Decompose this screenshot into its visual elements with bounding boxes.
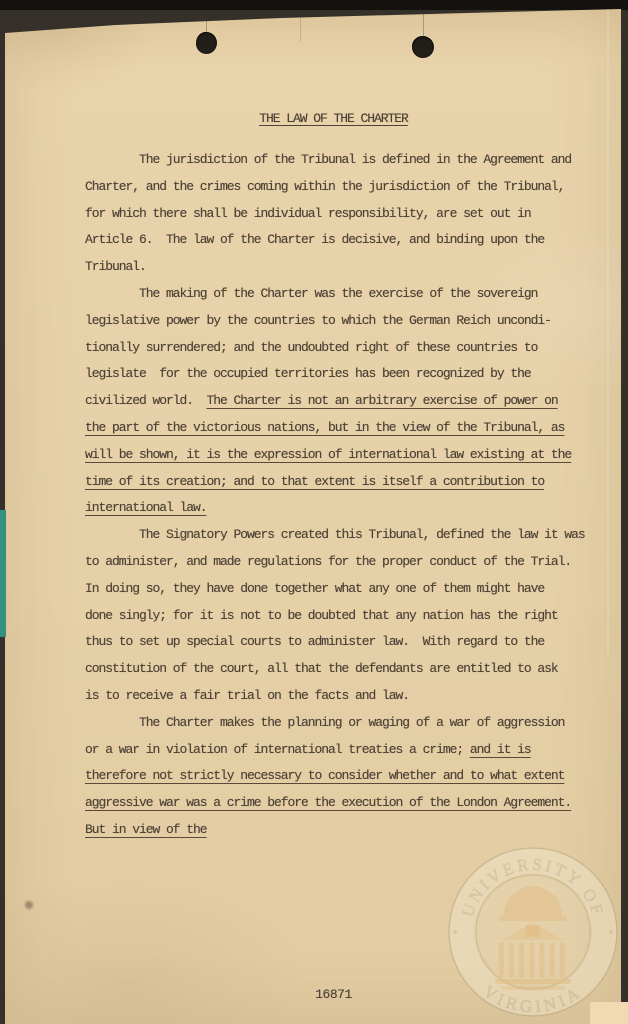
typed-line: time of its creation; and to that extent…: [85, 469, 585, 496]
typed-line: for which there shall be individual resp…: [85, 201, 585, 228]
typed-line: Tribunal.: [85, 254, 585, 281]
typed-line: In doing so, they have done together wha…: [85, 576, 585, 603]
typed-line: or a war in violation of international t…: [85, 737, 585, 764]
typed-line: is to receive a fair trial on the facts …: [85, 683, 585, 710]
ink-smudge: [25, 901, 33, 909]
document-body: The jurisdiction of the Tribunal is defi…: [85, 147, 585, 844]
typed-line: Charter, and the crimes coming within th…: [85, 174, 585, 201]
typed-line: legislative power by the countries to wh…: [85, 308, 585, 335]
scan-edge-shadow: [0, 0, 628, 10]
typed-line: The jurisdiction of the Tribunal is defi…: [85, 147, 585, 174]
document-page: THE LAW OF THE CHARTER The jurisdiction …: [5, 0, 621, 1024]
typed-line: tionally surrendered; and the undoubted …: [85, 335, 585, 362]
scratch-mark: [423, 12, 424, 37]
punch-hole-right: [411, 35, 435, 59]
document-title: THE LAW OF THE CHARTER: [85, 111, 582, 126]
paper-crease: [300, 8, 301, 42]
typed-line: done singly; for it is not to be doubted…: [85, 603, 585, 630]
typed-line: constitution of the court, all that the …: [85, 656, 585, 683]
page-number: 16871: [85, 987, 582, 1002]
typed-line: international law.: [85, 495, 585, 522]
scratch-mark: [206, 18, 207, 33]
seal-side-dot: [453, 930, 457, 934]
typed-line: The making of the Charter was the exerci…: [85, 281, 585, 308]
typed-line: to administer, and made regulations for …: [85, 549, 585, 576]
typed-line: civilized world. The Charter is not an a…: [85, 388, 585, 415]
typed-line: The Signatory Powers created this Tribun…: [85, 522, 585, 549]
typed-line: will be shown, it is the expression of i…: [85, 442, 585, 469]
typed-line: aggressive war was a crime before the ex…: [85, 790, 585, 817]
punch-hole-left: [195, 31, 219, 56]
typed-line: legislate for the occupied territories h…: [85, 361, 585, 388]
typed-line: thus to set up special courts to adminis…: [85, 629, 585, 656]
seal-side-dot: [609, 930, 613, 934]
typed-line: The Charter makes the planning or waging…: [85, 710, 585, 737]
under-sheet-corner: [590, 1002, 628, 1024]
typed-line: the part of the victorious nations, but …: [85, 415, 585, 442]
under-sheet-edge: [607, 0, 609, 655]
teal-edge-mark: [0, 510, 6, 637]
scanned-page-background: THE LAW OF THE CHARTER The jurisdiction …: [0, 0, 628, 1024]
typed-line: therefore not strictly necessary to cons…: [85, 763, 585, 790]
typed-line: Article 6. The law of the Charter is dec…: [85, 227, 585, 254]
